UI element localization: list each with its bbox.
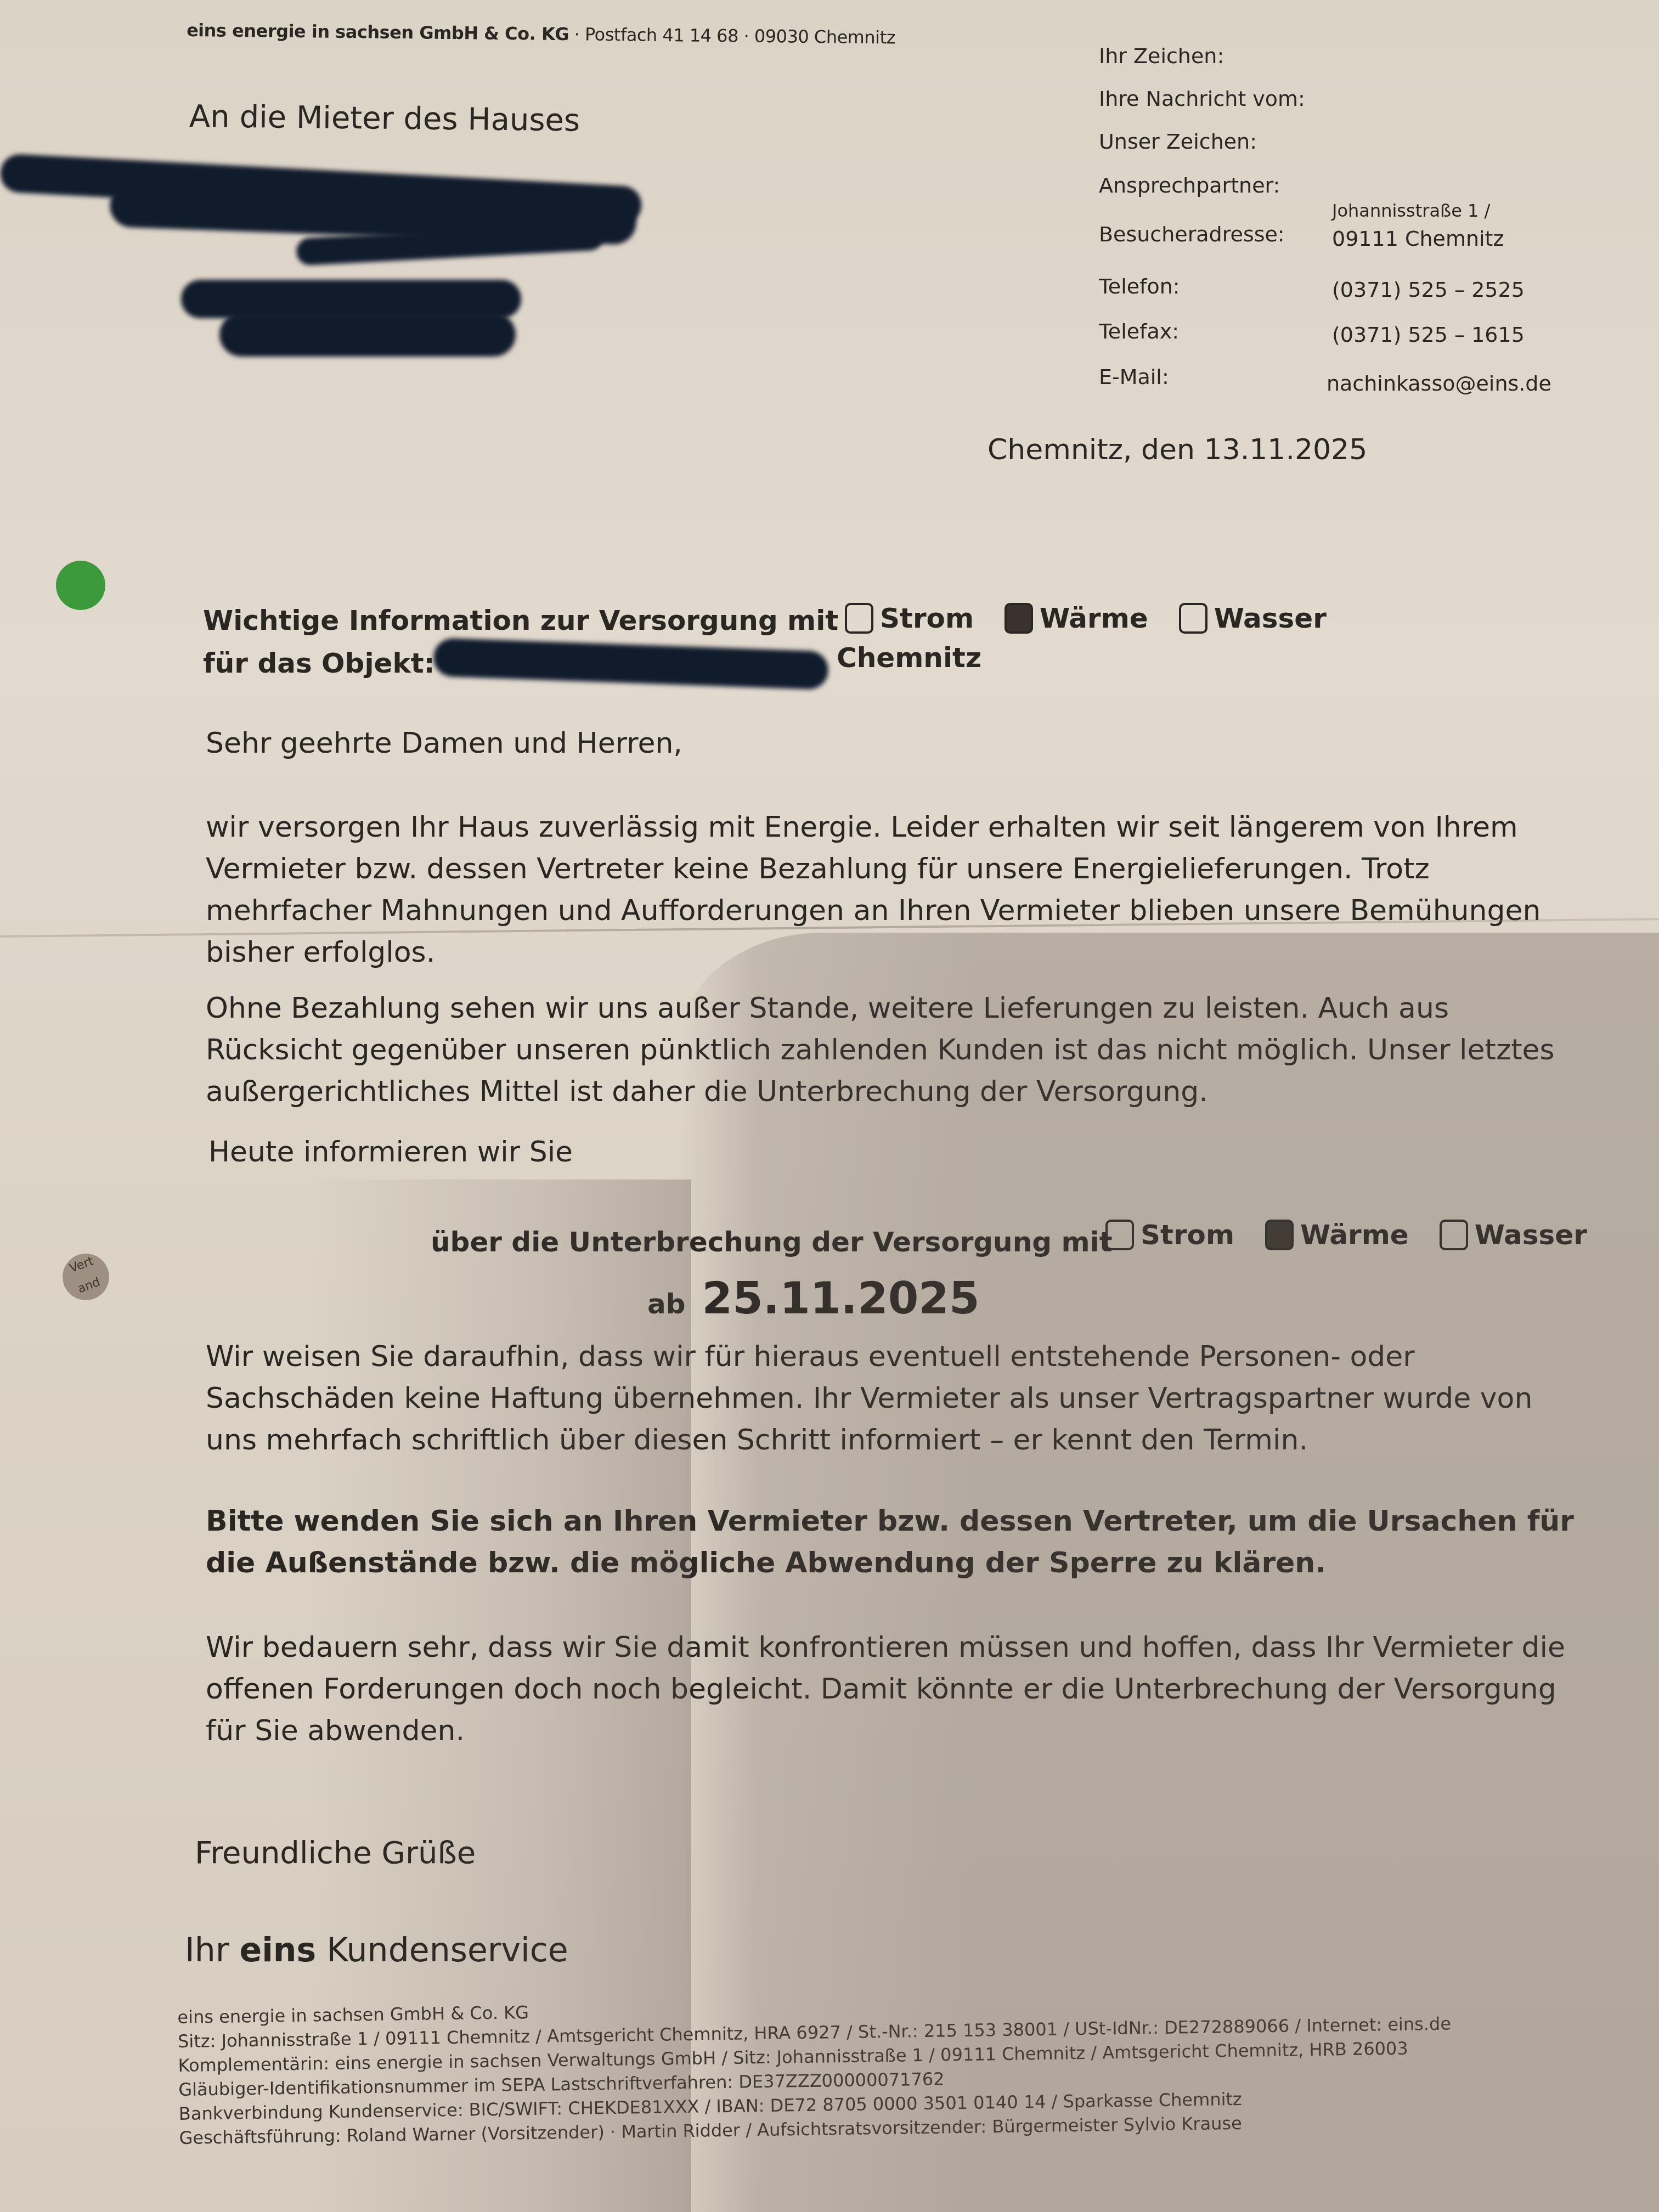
checkbox-waerme-checked[interactable] bbox=[1265, 1220, 1294, 1250]
option-label: Wasser bbox=[1475, 1219, 1587, 1251]
paragraph-5: Wir bedauern sehr, dass wir Sie damit ko… bbox=[206, 1627, 1588, 1752]
green-dot-marker bbox=[56, 561, 105, 610]
info-value-city: 09111 Chemnitz bbox=[1332, 227, 1504, 251]
checkbox-strom[interactable] bbox=[1105, 1220, 1134, 1250]
option-wasser[interactable]: Wasser bbox=[1440, 1219, 1587, 1251]
signoff: Ihr eins Kundenservice bbox=[185, 1931, 568, 1970]
subject-object-city: Chemnitz bbox=[837, 642, 981, 674]
checkbox-wasser[interactable] bbox=[1440, 1220, 1468, 1250]
paragraph-3: Wir weisen Sie daraufhin, dass wir für h… bbox=[206, 1336, 1588, 1461]
checkbox-strom[interactable] bbox=[845, 603, 873, 634]
subject-line-1: Wichtige Information zur Versorgung mit bbox=[203, 599, 838, 642]
greeting: Sehr geehrte Damen und Herren, bbox=[206, 727, 682, 760]
legal-footer: eins energie in sachsen GmbH & Co. KG Si… bbox=[177, 1988, 1453, 2150]
info-label: Telefax: bbox=[1099, 319, 1179, 343]
info-label: Ihr Zeichen: bbox=[1099, 44, 1224, 68]
interruption-date-line: ab25.11.2025 bbox=[647, 1273, 980, 1324]
email-link[interactable]: nachinkasso@eins.de bbox=[1327, 371, 1551, 396]
fax-number: (0371) 525 – 1615 bbox=[1332, 323, 1525, 347]
option-waerme[interactable]: Wärme bbox=[1005, 602, 1148, 634]
option-label: Strom bbox=[880, 602, 974, 634]
signoff-suffix: Kundenservice bbox=[316, 1931, 568, 1970]
from-label: ab bbox=[647, 1288, 686, 1320]
info-label: Ihre Nachricht vom: bbox=[1099, 87, 1305, 111]
option-waerme[interactable]: Wärme bbox=[1265, 1219, 1409, 1251]
option-label: Wärme bbox=[1040, 602, 1148, 634]
info-label: Telefon: bbox=[1099, 274, 1180, 298]
info-label: Besucheradresse: bbox=[1099, 222, 1285, 246]
info-value-street: Johannisstraße 1 / bbox=[1332, 200, 1490, 221]
letter-page: eins energie in sachsen GmbH & Co. KG · … bbox=[0, 0, 1659, 2212]
option-label: Wasser bbox=[1214, 602, 1327, 634]
sender-line: eins energie in sachsen GmbH & Co. KG · … bbox=[187, 20, 895, 48]
supply-type-options-top: Strom Wärme Wasser bbox=[845, 602, 1348, 640]
signoff-brand: eins bbox=[239, 1931, 316, 1970]
info-label: E-Mail: bbox=[1099, 365, 1169, 389]
supply-type-options-bottom: Strom Wärme Wasser bbox=[1105, 1219, 1609, 1257]
option-label: Strom bbox=[1141, 1219, 1234, 1251]
sender-company: eins energie in sachsen GmbH & Co. KG bbox=[187, 20, 569, 44]
phone-number: (0371) 525 – 2525 bbox=[1332, 278, 1525, 302]
closing-phrase: Freundliche Grüße bbox=[195, 1835, 476, 1871]
sticker-label: Vert and bbox=[56, 1247, 116, 1307]
subject-object-label: für das Objekt: bbox=[203, 647, 435, 679]
sender-postal-address: · Postfach 41 14 68 · 09030 Chemnitz bbox=[569, 24, 895, 48]
paragraph-4-bold: Bitte wenden Sie sich an Ihren Vermieter… bbox=[206, 1500, 1588, 1584]
recipient-title: An die Mieter des Hauses bbox=[189, 99, 580, 138]
option-strom[interactable]: Strom bbox=[1105, 1219, 1234, 1251]
paragraph-heute: Heute informieren wir Sie bbox=[208, 1136, 573, 1169]
interruption-label: über die Unterbrechung der Versorgung mi… bbox=[431, 1226, 1113, 1258]
signoff-prefix: Ihr bbox=[185, 1931, 239, 1970]
paragraph-2: Ohne Bezahlung sehen wir uns außer Stand… bbox=[206, 988, 1588, 1113]
redacted-address-line-3 bbox=[219, 313, 516, 357]
paragraph-1: wir versorgen Ihr Haus zuverlässig mit E… bbox=[206, 806, 1588, 973]
info-label: Ansprechpartner: bbox=[1099, 173, 1280, 198]
letter-date: Chemnitz, den 13.11.2025 bbox=[988, 433, 1367, 466]
option-wasser[interactable]: Wasser bbox=[1179, 602, 1327, 634]
option-strom[interactable]: Strom bbox=[845, 602, 974, 634]
checkbox-waerme-checked[interactable] bbox=[1005, 603, 1033, 634]
option-label: Wärme bbox=[1300, 1219, 1409, 1251]
checkbox-wasser[interactable] bbox=[1179, 603, 1207, 634]
info-label: Unser Zeichen: bbox=[1099, 129, 1257, 154]
interruption-date: 25.11.2025 bbox=[702, 1273, 980, 1324]
